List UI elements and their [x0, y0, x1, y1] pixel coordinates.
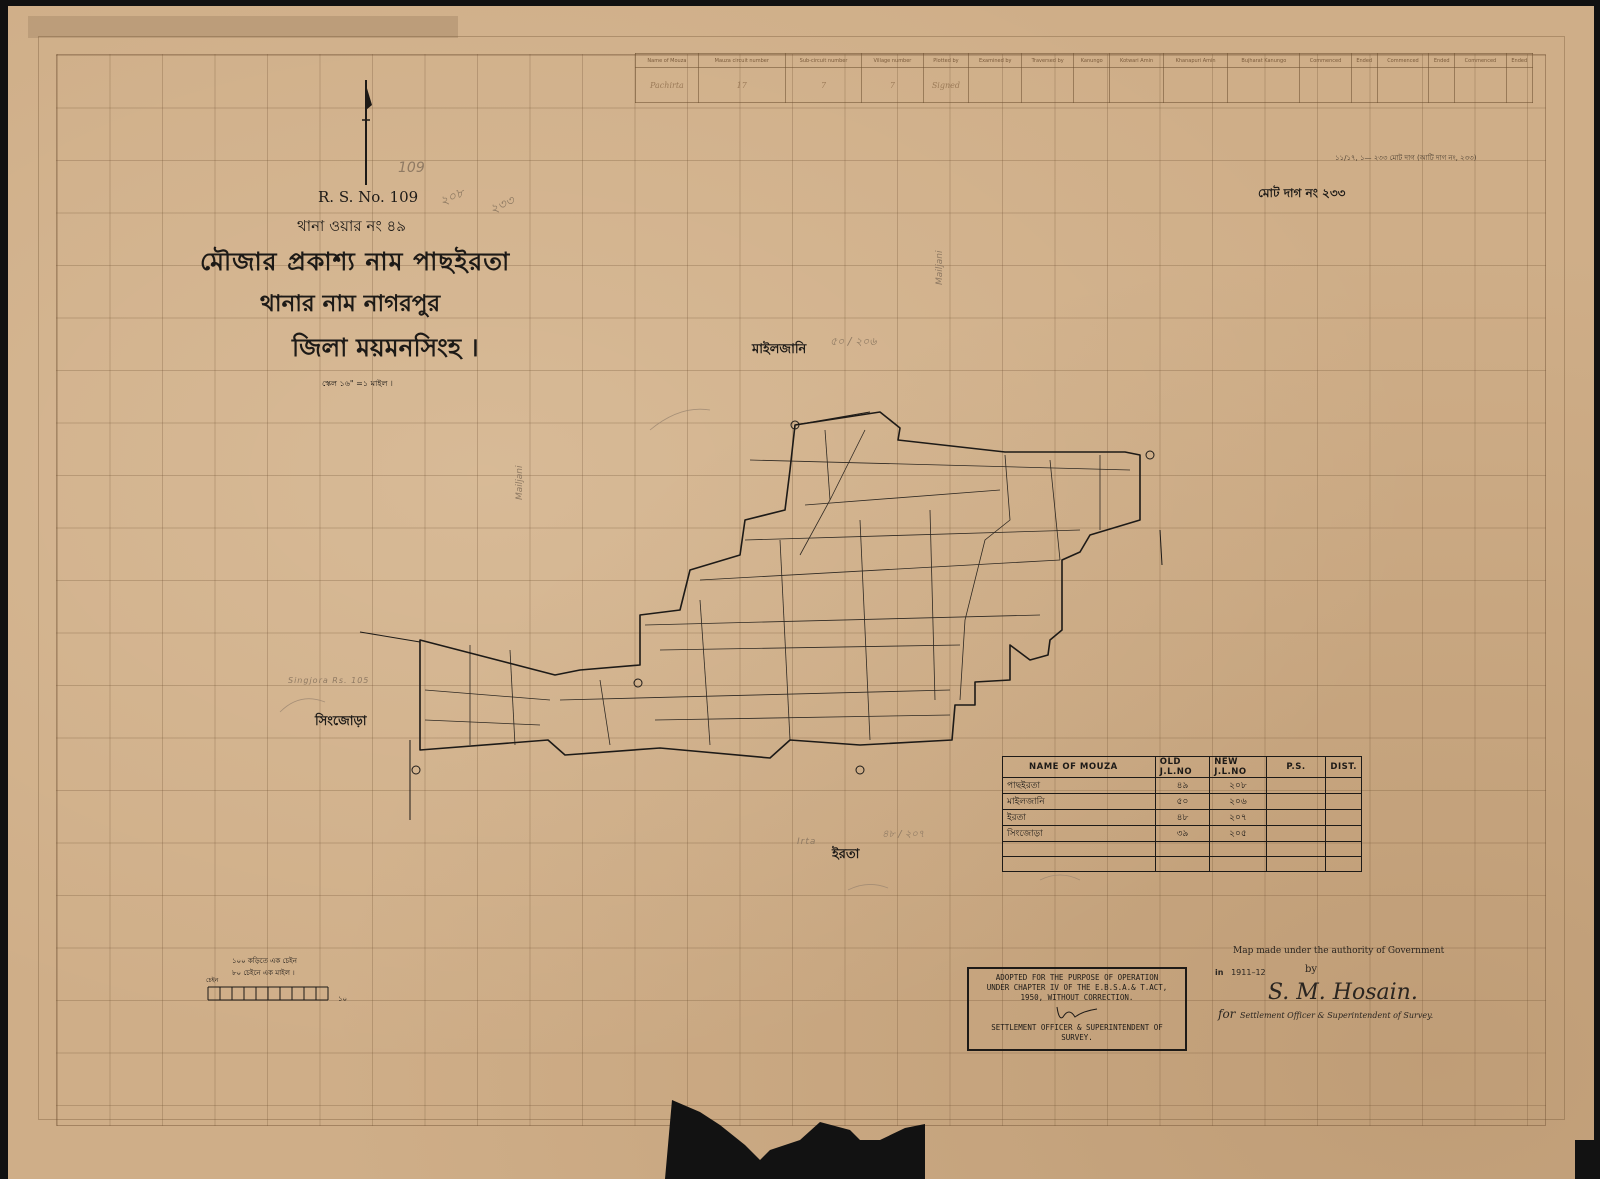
scale-bar [0, 0, 1600, 1179]
